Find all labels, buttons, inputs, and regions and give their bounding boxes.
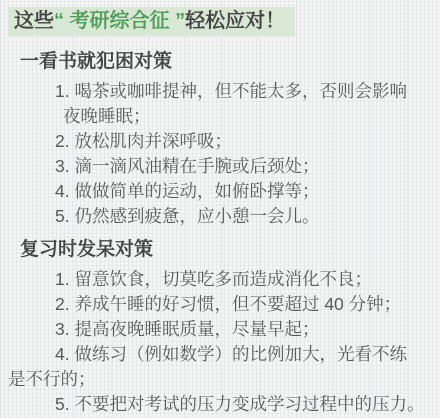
list-line: 2. 养成午睡的好习惯，但不要超过 40 分钟； [8, 292, 436, 317]
list-line: 4. 做做简单的运动，如俯卧撑等； [8, 179, 436, 204]
title-keyword: “ 考研综合征 ” [54, 10, 185, 32]
list-line: 3. 提高夜晚睡眠质量，尽量早起； [8, 317, 436, 342]
title-suffix: 轻松应对！ [185, 10, 285, 32]
list-line: 5. 不要把对考试的压力变成学习过程中的压力。 [8, 392, 436, 417]
list-line-wrap: 夜晚睡眠； [8, 104, 436, 129]
section-heading-dazed-while-revising: 复习时发呆对策 [20, 238, 440, 262]
list-line: 2. 放松肌肉并深呼吸； [8, 129, 436, 154]
list-line: 1. 留意饮食，切莫吃多而造成消化不良； [8, 267, 436, 292]
list-line-wrap: 是不行的； [8, 367, 436, 392]
section-heading-sleepy-while-reading: 一看书就犯困对策 [20, 50, 440, 74]
list-line: 1. 喝茶或咖啡提神，但不能太多，否则会影响 [8, 79, 436, 104]
list-line: 4. 做练习（例如数学）的比例加大，光看不练 [8, 342, 436, 367]
article-title: 这些“ 考研综合征 ”轻松应对！ [8, 7, 295, 36]
list-line: 3. 滴一滴风油精在手腕或后颈处； [8, 154, 436, 179]
list-line: 5. 仍然感到疲惫，应小憩一会儿。 [8, 204, 436, 229]
article: 这些“ 考研综合征 ”轻松应对！ 一看书就犯困对策 1. 喝茶或咖啡提神，但不能… [0, 0, 440, 418]
title-prefix: 这些 [14, 10, 54, 32]
